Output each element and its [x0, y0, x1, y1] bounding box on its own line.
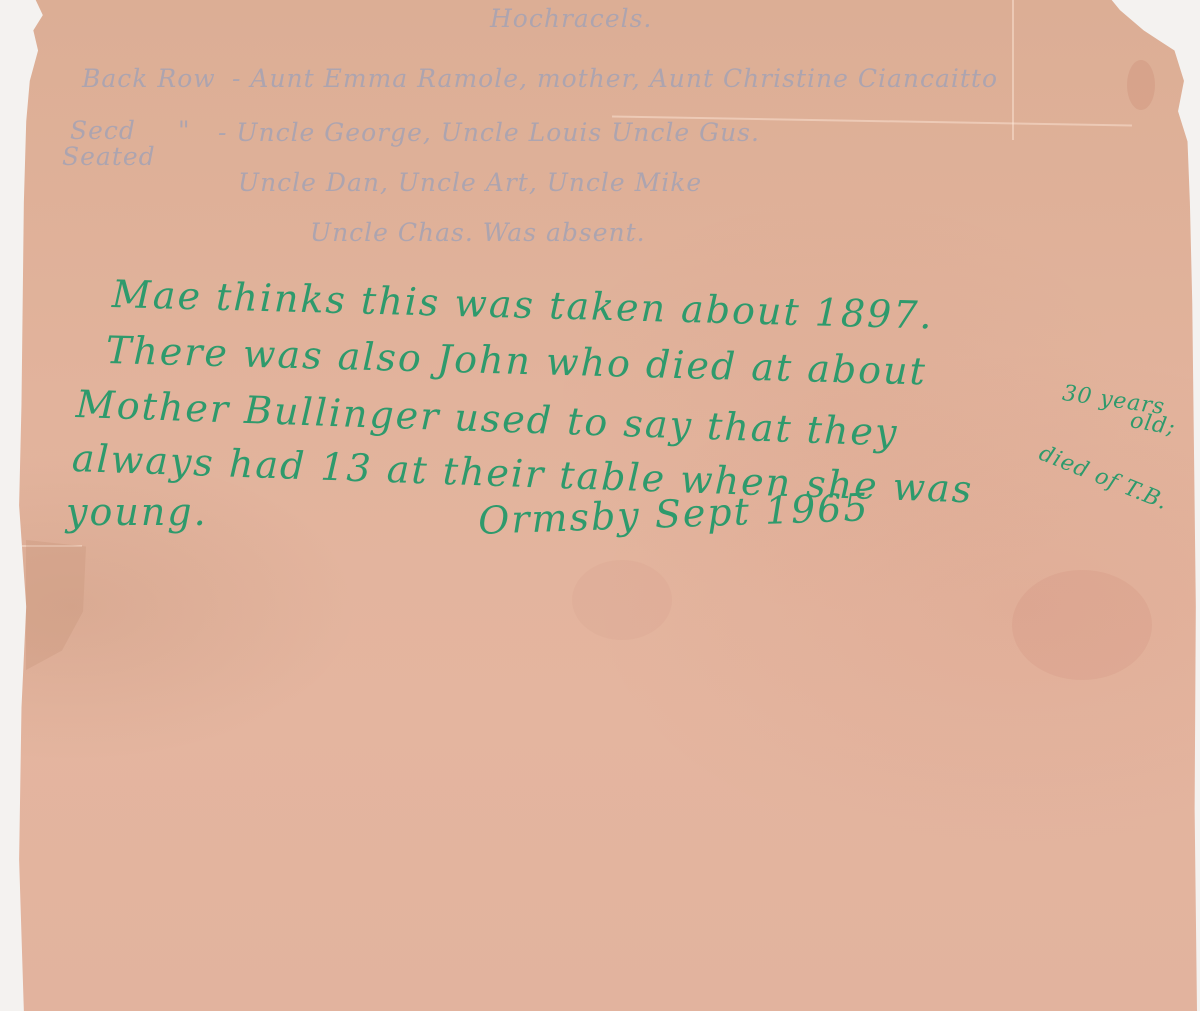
pencil-row-ditto: " — [178, 116, 191, 145]
pencil-row-label-back: Back Row — [82, 64, 216, 93]
ink-line-5: young. — [66, 490, 208, 534]
pencil-row-label-seated: Seated — [62, 142, 156, 171]
crease-vertical — [1012, 0, 1014, 140]
pencil-row-label-second: Secd — [70, 116, 136, 145]
scanned-document: Hochracels. Back Row - Aunt Emma Ramole,… — [0, 0, 1200, 1011]
pencil-row-names-second: - Uncle George, Uncle Louis Uncle Gus. — [218, 118, 760, 147]
stain-right — [1012, 570, 1152, 680]
pencil-row-names-back: - Aunt Emma Ramole, mother, Aunt Christi… — [232, 64, 998, 93]
pencil-absent-note: Uncle Chas. Was absent. — [310, 218, 646, 247]
stain-oval — [1127, 60, 1155, 110]
pencil-heading: Hochracels. — [490, 4, 652, 33]
stain-mid — [572, 560, 672, 640]
pencil-row-names-seated: Uncle Dan, Uncle Art, Uncle Mike — [238, 168, 702, 197]
torn-flap — [26, 540, 86, 670]
